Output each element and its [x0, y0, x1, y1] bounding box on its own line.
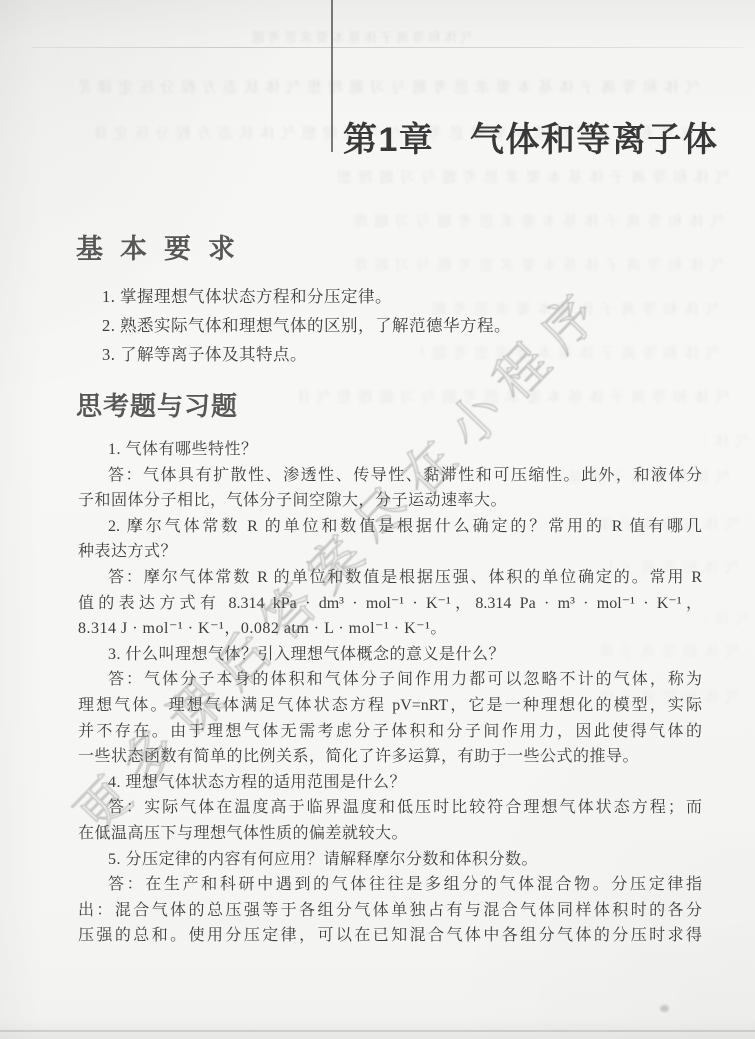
text-line: 2. 摩尔气体常数 R 的单位和数值是根据什么确定的？常用的 R 值有哪几: [78, 514, 702, 540]
text-line: 子和固体分子相比，气体分子间空隙大，分子运动速率大。: [78, 488, 702, 514]
text-line: 1. 气体有哪些特性？: [78, 437, 702, 463]
text-line: 答：摩尔气体常数 R 的单位和数值是根据压强、体积的单位确定的。常用 R: [78, 565, 702, 591]
text-line: 出：混合气体的总压强等于各组分气体单独占有与混合气体同样体积时的各分: [78, 898, 702, 924]
text-line: 种表达方式？: [78, 539, 702, 565]
requirement-item: 3. 了解等离子体及其特点。: [78, 340, 702, 369]
bleedthrough-text: 气体和等离子体基本要求思考题与习题理想气体状态方程分压定律范德华方程等离子体及其…: [300, 388, 730, 407]
page: 气体和等离子体基本要求思考题与习题理想气体状态方程分压定律范德华方程等离子体及其…: [0, 0, 755, 1039]
bleedthrough-text: 气体和等离子体基本要求思考题与习题理想气体状态方程分压定律范德华方程等离子体及其…: [345, 212, 725, 231]
page-bottom-edge: [0, 1030, 755, 1032]
header-rule: [32, 47, 744, 48]
header-bleedthrough-text: 气体和等离子体基本要求思考题与习题理想气体状态方程分压定律范德华方程等离子体及其…: [248, 28, 473, 47]
requirement-item: 1. 掌握理想气体状态方程和分压定律。: [78, 282, 702, 311]
basic-requirements-list: 1. 掌握理想气体状态方程和分压定律。2. 熟悉实际气体和理想气体的区别，了解范…: [78, 282, 702, 369]
bleedthrough-text: 气体和等离子体基本要求思考题与习题理想气体状态方程分压定律范德华方程等离子体及其…: [355, 256, 725, 275]
bleedthrough-text: 气体和等离子体基本要求思考题与习题理想气体状态方程分压定律范德华方程等离子体及其…: [80, 78, 700, 97]
text-line: 答：气体分子本身的体积和气体分子间作用力都可以忽略不计的气体，称为: [78, 667, 702, 693]
section-heading-basic-requirements: 基本要求: [76, 227, 252, 266]
scan-speck: [660, 1005, 669, 1012]
text-line: 3. 什么叫理想气体？引入理想气体概念的意义是什么？: [78, 642, 702, 668]
text-line: 并不存在。由于理想气体无需考虑分子体积和分子间作用力，因此使得气体的: [78, 719, 702, 745]
text-line: 答：气体具有扩散性、渗透性、传导性、黏滞性和可压缩性。此外，和液体分: [78, 463, 702, 489]
text-line: 压强的总和。使用分压定律，可以在已知混合气体中各组分气体的分压时求得: [78, 923, 702, 949]
bleedthrough-text: 气体和等离子体基本要求思考题与习题理想气体状态方程分压定律范德华方程等离子体及其…: [335, 168, 730, 187]
text-line: 5. 分压定律的内容有何应用？请解释摩尔分数和体积分数。: [78, 847, 702, 873]
text-line: 4. 理想气体状态方程的适用范围是什么？: [78, 770, 702, 796]
text-line: 答：在生产和科研中遇到的气体往往是多组分的气体混合物。分压定律指: [78, 872, 702, 898]
text-line: 答：实际气体在温度高于临界温度和低压时比较符合理想气体状态方程；而: [78, 795, 702, 821]
scan-crease-line: [331, 0, 333, 152]
chapter-title: 第1章 气体和等离子体: [343, 112, 718, 161]
text-line: 值的表达方式有 8.314 kPa · dm³ · mol⁻¹ · K⁻¹，8.…: [78, 591, 702, 617]
exercise-body: 1. 气体有哪些特性？答：气体具有扩散性、渗透性、传导性、黏滞性和可压缩性。此外…: [78, 437, 702, 949]
requirement-item: 2. 熟悉实际气体和理想气体的区别，了解范德华方程。: [78, 311, 702, 340]
bleedthrough-text: 气体和等离子体基本要求思考题与习题理想气体状态方程分压定律范德华方程等离子体及其…: [705, 610, 750, 629]
bleedthrough-text: 气体和等离子体基本要求思考题与习题理想气体状态方程分压定律范德华方程等离子体及其…: [705, 432, 750, 451]
text-line: 8.314 J · mol⁻¹ · K⁻¹，0.082 atm · L · mo…: [78, 616, 702, 642]
text-line: 一些状态函数有简单的比例关系，简化了许多运算，有助于一些公式的推导。: [78, 744, 702, 770]
text-line: 理想气体。理想气体满足气体状态方程 pV=nRT，它是一种理想化的模型，实际: [78, 693, 702, 719]
text-line: 在低温高压下与理想气体性质的偏差就较大。: [78, 821, 702, 847]
section-heading-exercises: 思考题与习题: [76, 386, 238, 423]
